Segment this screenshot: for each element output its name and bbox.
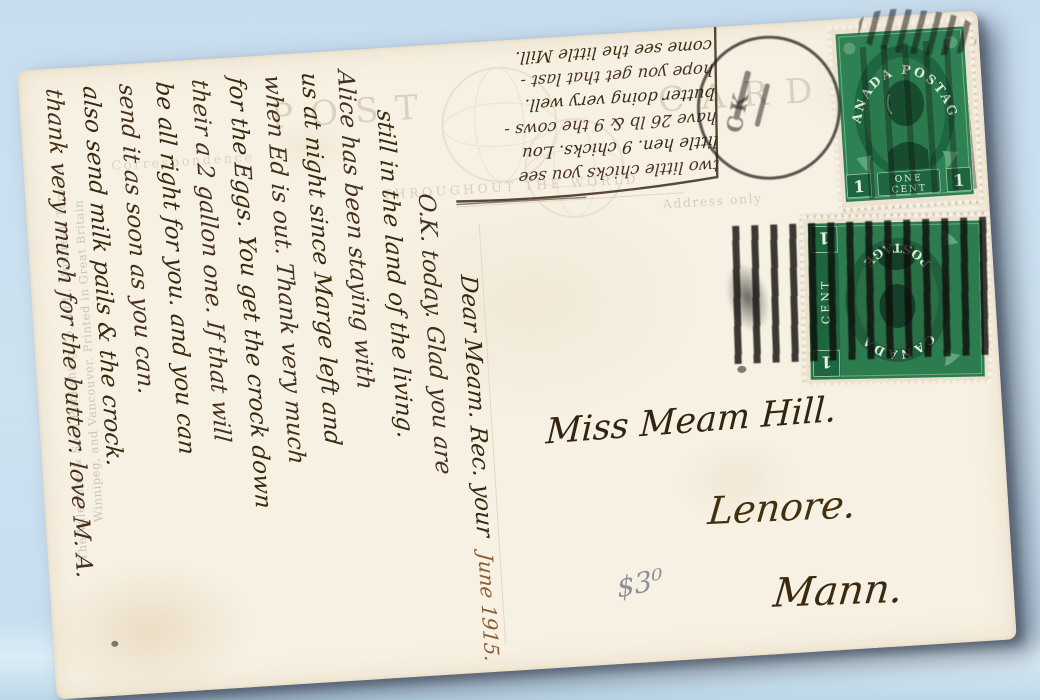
- address-town-line: Lenore.: [706, 482, 858, 533]
- postmark-bar: [754, 83, 770, 127]
- cancel-bars-light: [845, 37, 977, 200]
- pencil-price-annotation: $3⁰: [615, 562, 664, 604]
- ink-speck: [737, 366, 746, 374]
- address-province-line: Mann.: [771, 566, 905, 617]
- postcard: POST CARD THROUGHOUT THE WORLD Correspon…: [17, 10, 1017, 699]
- handwritten-message-block: Dear Meam. Rec. yourJune 1915. O.K. toda…: [23, 62, 509, 679]
- scanned-postcard-photo: { "background": { "color_top": "#c7ddee"…: [0, 0, 1040, 700]
- message-date: June 1915.: [473, 552, 504, 663]
- address-name-line: Miss Meam Hill.: [545, 390, 837, 453]
